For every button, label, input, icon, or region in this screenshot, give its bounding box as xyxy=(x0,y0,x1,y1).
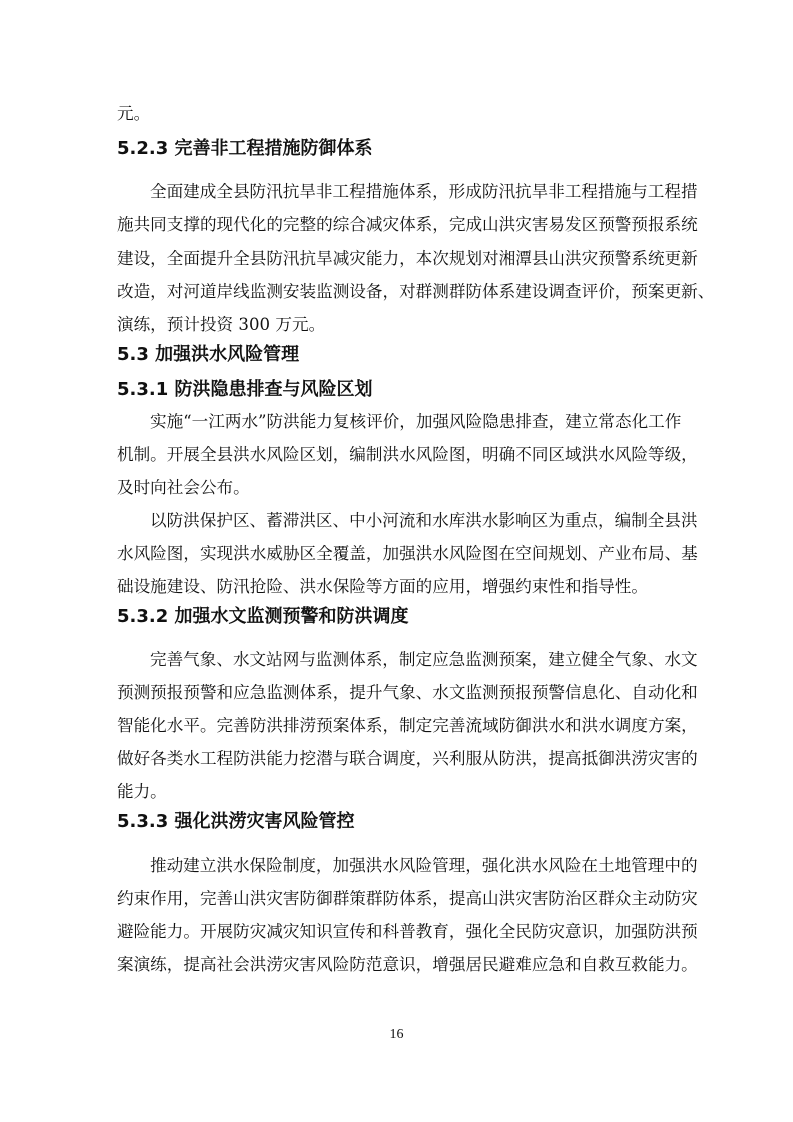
paragraph-line: 础设施建设、防汛抢险、洪水保险等方面的应用，增强约束性和指导性。 xyxy=(117,576,648,598)
continuation-text: 元。 xyxy=(117,103,150,125)
paragraph-line: 水风险图，实现洪水威胁区全覆盖，加强洪水风险图在空间规划、产业布局、基 xyxy=(117,543,677,565)
heading-5-3: 5.3 加强洪水风险管理 xyxy=(117,343,299,367)
heading-5-2-3: 5.2.3 完善非工程措施防御体系 xyxy=(117,137,373,161)
paragraph-line: 避险能力。开展防灾减灾知识宣传和科普教育，强化全民防灾意识，加强防洪预 xyxy=(117,921,677,943)
paragraph-line: 实施“一江两水”防洪能力复核评价，加强风险隐患排查，建立常态化工作 xyxy=(150,411,677,433)
heading-5-3-3: 5.3.3 强化洪涝灾害风险管控 xyxy=(117,810,355,834)
paragraph-line: 智能化水平。完善防洪排涝预案体系，制定完善流域防御洪水和洪水调度方案， xyxy=(117,715,677,737)
paragraph-line: 以防洪保护区、蓄滞洪区、中小河流和水库洪水影响区为重点，编制全县洪 xyxy=(150,510,677,532)
page-number: 16 xyxy=(0,1027,793,1043)
paragraph-line: 全面建成全县防汛抗旱非工程措施体系，形成防汛抗旱非工程措施与工程措 xyxy=(150,181,677,203)
paragraph-line: 改造，对河道岸线监测安装监测设备，对群测群防体系建设调查评价，预案更新、 xyxy=(117,281,677,303)
paragraph-line: 完善气象、水文站网与监测体系，制定应急监测预案，建立健全气象、水文 xyxy=(150,649,677,671)
paragraph-line: 做好各类水工程防洪能力挖潜与联合调度，兴利服从防洪，提高抵御洪涝灾害的 xyxy=(117,748,677,770)
paragraph-line: 建设，全面提升全县防汛抗旱减灾能力，本次规划对湘潭县山洪灾预警系统更新 xyxy=(117,248,677,270)
heading-5-3-2: 5.3.2 加强水文监测预警和防洪调度 xyxy=(117,605,409,629)
paragraph-line: 机制。开展全县洪水风险区划，编制洪水风险图，明确不同区域洪水风险等级， xyxy=(117,444,677,466)
paragraph-line: 约束作用，完善山洪灾害防御群策群防体系，提高山洪灾害防治区群众主动防灾 xyxy=(117,888,677,910)
paragraph-line: 施共同支撑的现代化的完整的综合减灾体系，完成山洪灾害易发区预警预报系统 xyxy=(117,214,677,236)
heading-5-3-1: 5.3.1 防洪隐患排查与风险区划 xyxy=(117,378,373,402)
paragraph-line: 能力。 xyxy=(117,781,167,803)
paragraph-line: 推动建立洪水保险制度，加强洪水风险管理，强化洪水风险在土地管理中的 xyxy=(150,855,677,877)
paragraph-line: 演练，预计投资 300 万元。 xyxy=(117,314,325,336)
paragraph-line: 及时向社会公布。 xyxy=(117,477,250,499)
paragraph-line: 预测预报预警和应急监测体系，提升气象、水文监测预报预警信息化、自动化和 xyxy=(117,682,677,704)
paragraph-line: 案演练，提高社会洪涝灾害风险防范意识，增强居民避难应急和自救互救能力。 xyxy=(117,954,677,976)
